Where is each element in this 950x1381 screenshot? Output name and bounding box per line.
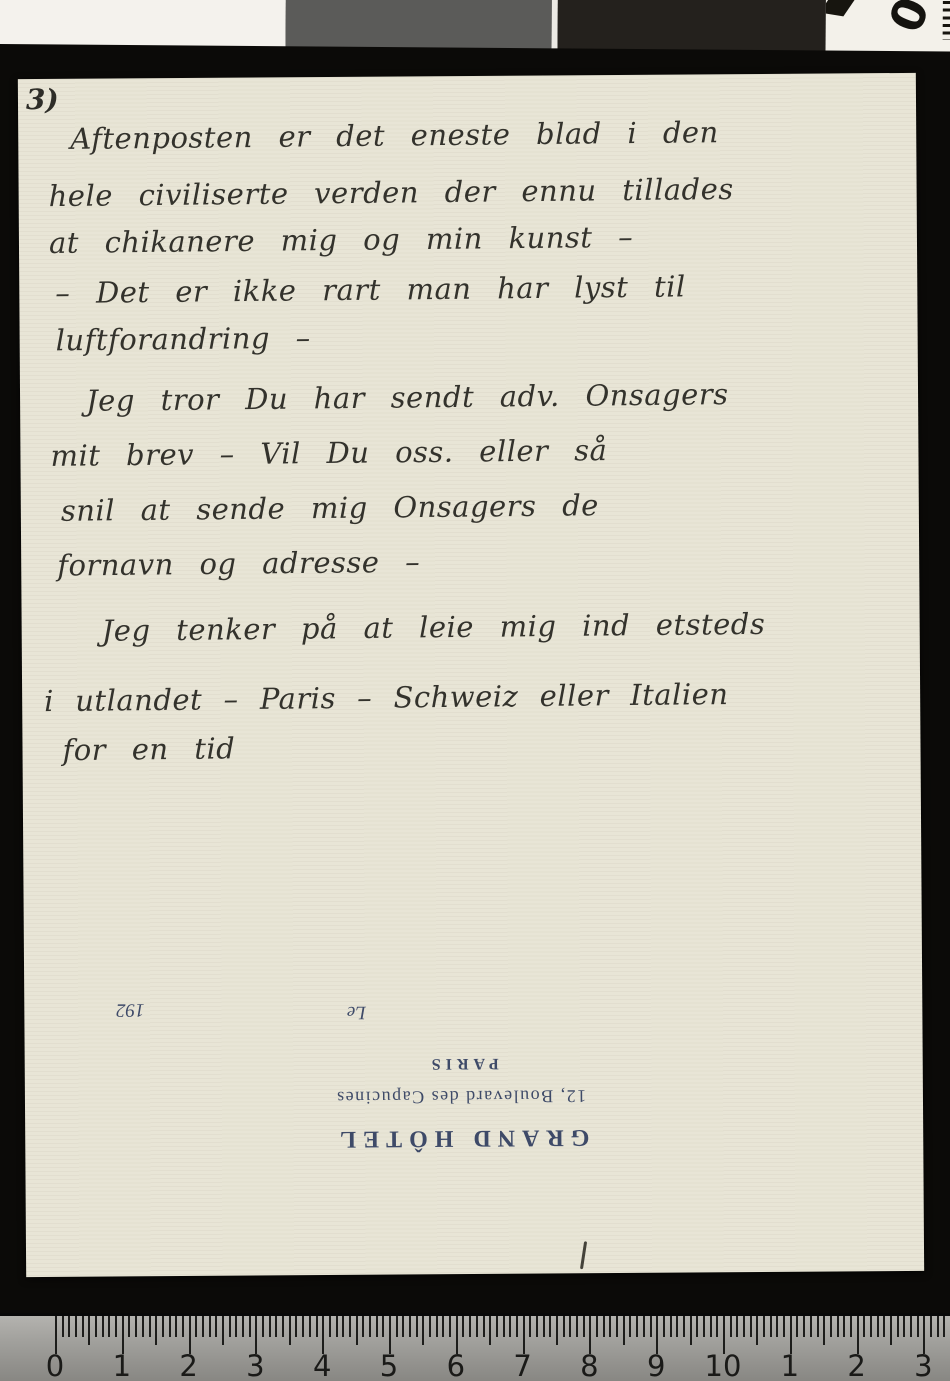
ruler-tick <box>483 1316 485 1337</box>
ruler-tick <box>169 1316 171 1337</box>
ruler-tick <box>823 1316 825 1345</box>
handwriting-line: for en tid <box>62 731 235 767</box>
handwriting-line: Jeg tenker på at leie mig ind etsteds <box>102 607 766 648</box>
ruler-tick <box>730 1316 732 1337</box>
ruler-tick <box>215 1316 217 1337</box>
ruler-tick <box>877 1316 879 1337</box>
ruler-tick <box>88 1316 90 1345</box>
ruler-tick <box>543 1316 545 1337</box>
ruler-tick <box>336 1316 338 1337</box>
ruler-tick <box>576 1316 578 1337</box>
ruler-tick <box>182 1316 184 1337</box>
ruler-tick <box>302 1316 304 1337</box>
ruler-tick <box>275 1316 277 1337</box>
ruler-tick <box>316 1316 318 1337</box>
ruler-tick <box>710 1316 712 1337</box>
ruler-tick <box>563 1316 565 1337</box>
ruler-tick <box>663 1316 665 1337</box>
ruler-tick <box>128 1316 130 1337</box>
ruler-number: 2 <box>179 1349 197 1381</box>
handwriting-line: i utlandet – Paris – Schweiz eller Itali… <box>44 677 729 718</box>
ruler-tick <box>803 1316 805 1337</box>
ruler-tick <box>436 1316 438 1337</box>
ruler-tick <box>743 1316 745 1337</box>
ruler-tick <box>616 1316 618 1337</box>
ruler-tick <box>629 1316 631 1337</box>
ruler-tick <box>242 1316 244 1337</box>
ruler-tick <box>229 1316 231 1337</box>
ruler-tick <box>763 1316 765 1337</box>
ruler-tick <box>68 1316 70 1337</box>
ruler-tick <box>796 1316 798 1337</box>
ruler-tick <box>349 1316 351 1337</box>
ruler-tick <box>756 1316 758 1345</box>
ruler-tick <box>202 1316 204 1337</box>
calibration-patch-white <box>0 0 286 46</box>
handwriting-line: mit brev – Vil Du oss. eller så <box>50 433 607 473</box>
handwriting-line: snil at sende mig Onsagers de <box>61 488 599 528</box>
ruler-number: 4 <box>313 1349 331 1381</box>
stray-pen-mark <box>580 1241 587 1269</box>
ruler-tick <box>356 1316 358 1345</box>
letterhead-address: 12, Boulevard des Capucines <box>336 1085 587 1108</box>
ruler-tick <box>897 1316 899 1337</box>
ruler-tick <box>783 1316 785 1337</box>
ruler-tick <box>282 1316 284 1337</box>
ruler-tick <box>870 1316 872 1337</box>
ruler-tick <box>703 1316 705 1337</box>
ruler-tick <box>643 1316 645 1337</box>
ruler-tick <box>569 1316 571 1337</box>
ruler-tick <box>362 1316 364 1337</box>
ruler-tick <box>683 1316 685 1337</box>
ruler-tick <box>222 1316 224 1345</box>
ruler-tick <box>175 1316 177 1337</box>
ruler-tick <box>910 1316 912 1337</box>
ruler-tick <box>770 1316 772 1337</box>
ruler-tick <box>850 1316 852 1337</box>
ruler-tick <box>402 1316 404 1337</box>
ruler-tick <box>930 1316 932 1337</box>
ruler-tick <box>162 1316 164 1337</box>
ruler-number: 1 <box>113 1349 131 1381</box>
ruler-tick <box>235 1316 237 1337</box>
ruler-number: 9 <box>647 1349 665 1381</box>
ruler-tick <box>469 1316 471 1337</box>
ruler-tick <box>516 1316 518 1337</box>
ruler-tick <box>62 1316 64 1337</box>
letterhead-year-placeholder: 192 <box>116 998 145 1020</box>
ruler-tick <box>382 1316 384 1337</box>
ruler-tick <box>603 1316 605 1337</box>
ruler-tick <box>509 1316 511 1337</box>
ruler-tick <box>716 1316 718 1337</box>
ruler-tick <box>429 1316 431 1337</box>
handwriting-line: Jeg tror Du har sendt adv. Onsagers <box>86 377 729 418</box>
ruler-tick <box>342 1316 344 1337</box>
ruler-tick <box>636 1316 638 1337</box>
ruler-tick <box>142 1316 144 1337</box>
ruler-tick <box>155 1316 157 1345</box>
ruler-tick <box>108 1316 110 1337</box>
ruler-tick <box>529 1316 531 1337</box>
handwriting-line: Aftenposten er det eneste blad i den <box>70 115 719 156</box>
ruler-tick <box>556 1316 558 1345</box>
ruler-tick <box>736 1316 738 1337</box>
ruler-number: 7 <box>513 1349 531 1381</box>
ruler-tick <box>369 1316 371 1337</box>
ruler-tick <box>843 1316 845 1337</box>
ruler-tick <box>676 1316 678 1337</box>
ruler-tick <box>536 1316 538 1337</box>
scale-card-glyph-fragment <box>826 0 867 16</box>
letterhead-city: PARIS <box>427 1054 499 1073</box>
ruler-tick <box>442 1316 444 1337</box>
scale-card: 0 <box>826 0 950 52</box>
ruler-number: 2 <box>847 1349 865 1381</box>
ruler-tick <box>623 1316 625 1345</box>
ruler-tick <box>863 1316 865 1337</box>
ruler-tick <box>329 1316 331 1337</box>
ruler-tick <box>830 1316 832 1337</box>
calibration-patch-black <box>558 0 826 51</box>
ruler-tick <box>650 1316 652 1337</box>
ruler-tick <box>837 1316 839 1337</box>
ruler-tick <box>503 1316 505 1337</box>
page-number: 3) <box>26 83 59 116</box>
scale-card-number: 0 <box>877 0 939 39</box>
ruler-tick <box>609 1316 611 1337</box>
ruler-tick <box>295 1316 297 1337</box>
ruler-number: 10 <box>705 1349 742 1381</box>
ruler-tick <box>776 1316 778 1337</box>
handwriting-line: at chikanere mig og min kunst – <box>49 220 633 260</box>
ruler-number: 5 <box>380 1349 398 1381</box>
ruler-tick <box>596 1316 598 1337</box>
ruler-tick <box>810 1316 812 1337</box>
ruler-number: 3 <box>914 1349 932 1381</box>
ruler-tick <box>817 1316 819 1337</box>
ruler: 012345678910123 <box>0 1313 950 1381</box>
ruler-tick <box>289 1316 291 1345</box>
ruler-tick <box>476 1316 478 1337</box>
ruler-number: 1 <box>781 1349 799 1381</box>
ruler-tick <box>496 1316 498 1337</box>
ruler-tick <box>750 1316 752 1337</box>
letterhead-hotel-name: GRAND HÔTEL <box>333 1123 590 1152</box>
ruler-tick <box>135 1316 137 1337</box>
ruler-tick <box>489 1316 491 1345</box>
handwriting-line: luftforandring – <box>55 321 310 358</box>
ruler-number: 3 <box>246 1349 264 1381</box>
ruler-tick <box>75 1316 77 1337</box>
ruler-tick <box>209 1316 211 1337</box>
ruler-number: 6 <box>447 1349 465 1381</box>
ruler-tick <box>396 1316 398 1337</box>
ruler-tick <box>262 1316 264 1337</box>
ruler-tick <box>195 1316 197 1337</box>
ruler-tick <box>102 1316 104 1337</box>
ruler-tick <box>115 1316 117 1337</box>
ruler-tick <box>903 1316 905 1337</box>
calibration-patch-gray <box>286 0 552 48</box>
handwriting-line: fornavn og adresse – <box>57 545 420 583</box>
handwriting-line: – Det er ikke rart man har lyst til <box>55 269 686 310</box>
ruler-tick <box>690 1316 692 1345</box>
ruler-tick <box>883 1316 885 1337</box>
ruler-tick <box>462 1316 464 1337</box>
ruler-tick <box>376 1316 378 1337</box>
ruler-tick <box>416 1316 418 1337</box>
ruler-scale: 012345678910123 <box>0 1316 950 1381</box>
ruler-number: 0 <box>46 1349 64 1381</box>
letter-page: 3) Aftenposten er det eneste blad i den … <box>18 73 924 1277</box>
ruler-tick <box>409 1316 411 1337</box>
ruler-tick <box>583 1316 585 1337</box>
ruler-tick <box>269 1316 271 1337</box>
ruler-tick <box>549 1316 551 1337</box>
ruler-number: 8 <box>580 1349 598 1381</box>
ruler-tick <box>937 1316 939 1337</box>
ruler-tick <box>696 1316 698 1337</box>
ruler-tick <box>670 1316 672 1337</box>
ruler-tick <box>422 1316 424 1345</box>
scale-card-mini-ruler-ticks <box>943 0 950 40</box>
ruler-tick <box>249 1316 251 1337</box>
handwriting-line: hele civiliserte verden der ennu tillade… <box>48 172 733 213</box>
ruler-tick <box>309 1316 311 1337</box>
letterhead-date-prefix: Le <box>347 1001 366 1023</box>
ruler-tick <box>82 1316 84 1337</box>
ruler-tick <box>890 1316 892 1345</box>
ruler-tick <box>95 1316 97 1337</box>
ruler-tick <box>149 1316 151 1337</box>
ruler-tick <box>449 1316 451 1337</box>
ruler-tick <box>917 1316 919 1337</box>
ruler-tick <box>943 1316 945 1337</box>
calibration-strip: 0 <box>0 0 950 52</box>
